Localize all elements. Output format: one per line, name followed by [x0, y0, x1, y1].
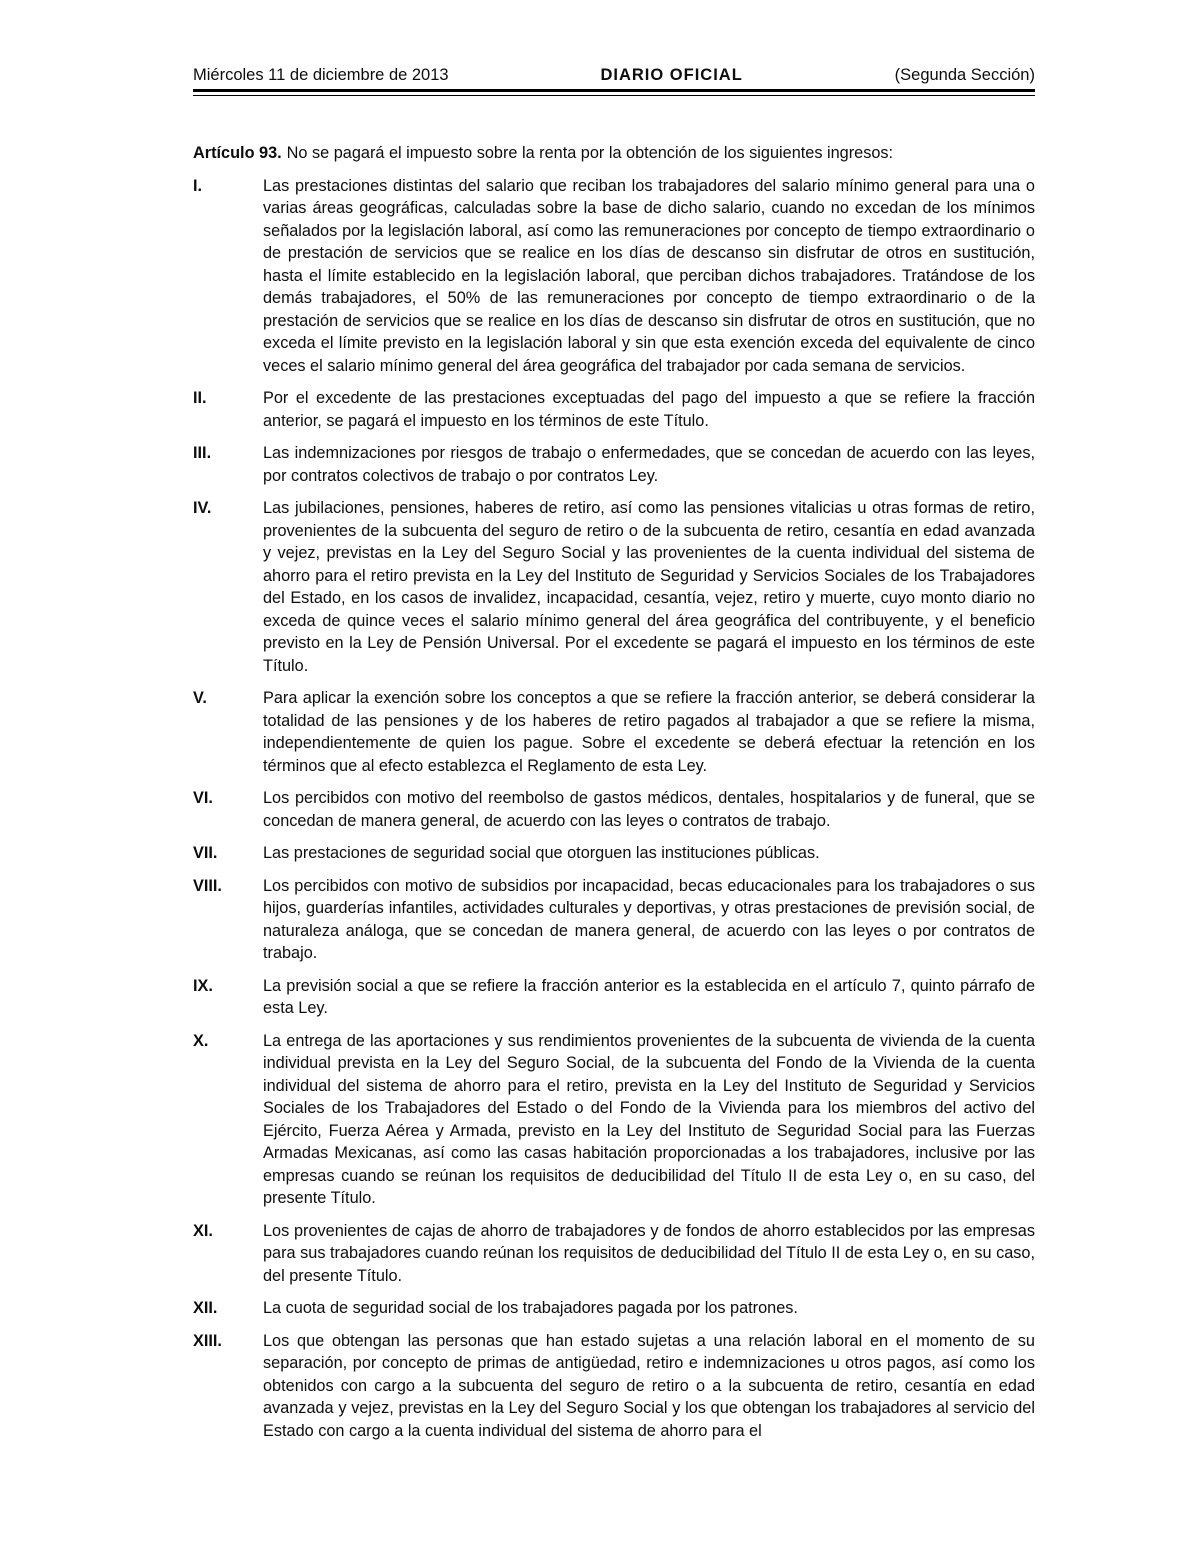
fraction-text: La cuota de seguridad social de los trab…: [263, 1299, 798, 1317]
fraction-item-13: XIII. Los que obtengan las personas que …: [193, 1330, 1035, 1443]
fraction-numeral: VI.: [193, 787, 213, 810]
header-date: Miércoles 11 de diciembre de 2013: [193, 66, 449, 85]
fraction-item-6: VI. Los percibidos con motivo del reembo…: [193, 787, 1035, 832]
fraction-item-5: V. Para aplicar la exención sobre los co…: [193, 687, 1035, 777]
fraction-numeral: III.: [193, 442, 211, 465]
fraction-item-12: XII. La cuota de seguridad social de los…: [193, 1297, 1035, 1320]
fraction-text: Las jubilaciones, pensiones, haberes de …: [263, 499, 1035, 675]
fraction-numeral: X.: [193, 1030, 208, 1053]
fraction-text: Los percibidos con motivo de subsidios p…: [263, 877, 1035, 963]
fraction-numeral: XI.: [193, 1220, 213, 1243]
fraction-numeral: XIII.: [193, 1330, 222, 1353]
fraction-text: Los percibidos con motivo del reembolso …: [263, 789, 1035, 830]
article-intro-paragraph: Artículo 93.No se pagará el impuesto sob…: [193, 142, 1035, 165]
fraction-item-11: XI. Los provenientes de cajas de ahorro …: [193, 1220, 1035, 1288]
fraction-text: Para aplicar la exención sobre los conce…: [263, 689, 1035, 775]
fraction-item-4: IV. Las jubilaciones, pensiones, haberes…: [193, 497, 1035, 677]
fraction-text: La entrega de las aportaciones y sus ren…: [263, 1032, 1035, 1208]
fraction-text: Los provenientes de cajas de ahorro de t…: [263, 1222, 1035, 1285]
fraction-item-9: IX. La previsión social a que se refiere…: [193, 975, 1035, 1020]
fraction-numeral: XII.: [193, 1297, 217, 1320]
fraction-text: Por el excedente de las prestaciones exc…: [263, 389, 1035, 430]
fraction-text: Los que obtengan las personas que han es…: [263, 1332, 1035, 1440]
article-label: Artículo 93.: [193, 144, 287, 162]
header-double-rule: [193, 89, 1035, 96]
fraction-numeral: V.: [193, 687, 207, 710]
header-section: (Segunda Sección): [895, 66, 1035, 85]
fraction-text: Las indemnizaciones por riesgos de traba…: [263, 444, 1035, 485]
fraction-item-7: VII. Las prestaciones de seguridad socia…: [193, 842, 1035, 865]
page-content: Miércoles 11 de diciembre de 2013 DIARIO…: [193, 66, 1035, 1452]
page-header: Miércoles 11 de diciembre de 2013 DIARIO…: [193, 66, 1035, 89]
fraction-text: Las prestaciones distintas del salario q…: [263, 177, 1035, 375]
fraction-item-1: I. Las prestaciones distintas del salari…: [193, 175, 1035, 378]
fraction-numeral: VIII.: [193, 875, 222, 898]
fraction-numeral: IX.: [193, 975, 213, 998]
fraction-item-8: VIII. Los percibidos con motivo de subsi…: [193, 875, 1035, 965]
fraction-item-2: II. Por el excedente de las prestaciones…: [193, 387, 1035, 432]
fraction-numeral: II.: [193, 387, 207, 410]
fraction-numeral: I.: [193, 175, 202, 198]
article-intro-text: No se pagará el impuesto sobre la renta …: [287, 144, 893, 162]
fraction-item-3: III. Las indemnizaciones por riesgos de …: [193, 442, 1035, 487]
fraction-text: La previsión social a que se refiere la …: [263, 977, 1035, 1018]
article-body: Artículo 93.No se pagará el impuesto sob…: [193, 142, 1035, 1442]
fraction-numeral: VII.: [193, 842, 217, 865]
fraction-item-10: X. La entrega de las aportaciones y sus …: [193, 1030, 1035, 1210]
fraction-text: Las prestaciones de seguridad social que…: [263, 844, 820, 862]
document-page: { "header": { "date": "Miércoles 11 de d…: [0, 0, 1200, 1553]
fraction-numeral: IV.: [193, 497, 211, 520]
header-title: DIARIO OFICIAL: [600, 66, 742, 85]
